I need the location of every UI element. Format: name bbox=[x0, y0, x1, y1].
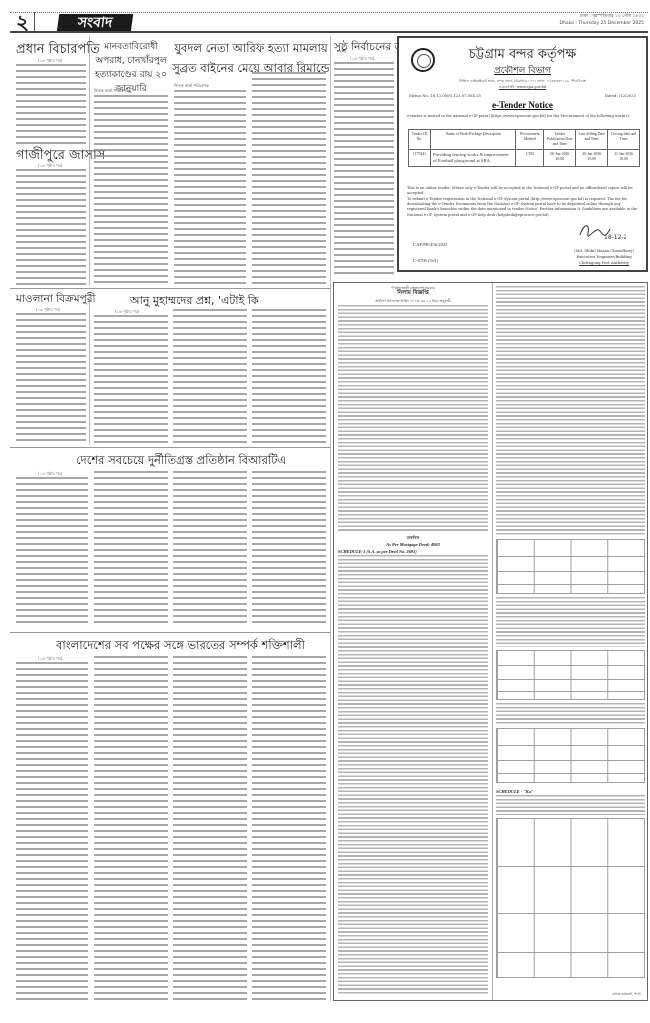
tender-intro: e-tender is invited in the national e-GP… bbox=[407, 114, 638, 120]
article-body bbox=[16, 313, 86, 443]
article-body bbox=[16, 477, 88, 627]
tender-publication-date: 06-Jan-2026 10:00 bbox=[544, 150, 576, 167]
col-header: Tender ID No. bbox=[409, 130, 431, 150]
officer-org: Chittagong Port Authority bbox=[574, 260, 634, 266]
ad-mortgage-heading: As Per Mortgage Deed: 4983 bbox=[338, 542, 488, 547]
tender-paragraph-2: To submit e-Tender registration in the N… bbox=[407, 197, 638, 218]
tender-table-header: Tender ID No. Name of Work/Package Descr… bbox=[409, 130, 640, 150]
tender-reference-1: CAP/PR/456/2025 bbox=[413, 242, 447, 247]
tender-memo-no: Memo No. 18.13.0000.123.07.004.25 bbox=[409, 93, 481, 98]
tender-notice-ad: চট্টগ্রাম বন্দর কর্তৃপক্ষ প্রকৌশল বিভাগ … bbox=[397, 36, 648, 272]
ad-schedule-text bbox=[338, 555, 488, 995]
tender-reference-2: C-0700 (5x3) bbox=[413, 258, 438, 263]
date-english: Dhaka : Thursday 25 December 2025 bbox=[560, 20, 644, 27]
tender-officer: (Md. Shiful Hasan Chowdhury) Executive E… bbox=[574, 248, 634, 266]
article-body bbox=[173, 309, 247, 443]
tender-dept-name: প্রকৌশল বিভাগ bbox=[399, 63, 646, 78]
tender-notice-title: e-Tender Notice bbox=[399, 100, 646, 110]
ad-schedule-text bbox=[496, 795, 645, 815]
tender-method: LTM bbox=[516, 150, 544, 167]
masthead-dotted-rule bbox=[10, 12, 648, 13]
dateline: ঢাকা : বৃহস্পতিবার ১০ পৌষ ১৪৩২ Dhaka : T… bbox=[560, 13, 644, 27]
ad-schedule-text bbox=[496, 597, 645, 647]
headline-brta-most-corrupt: দেশের সবচেয়ে দুর্নীতিগ্রস্ত প্রতিষ্ঠান … bbox=[76, 452, 286, 471]
ad-footer: ব্যাংক কর্মকর্তা, শাখা bbox=[612, 991, 641, 998]
col-header: Closing date and Time bbox=[608, 130, 640, 150]
ad-schedule-text bbox=[496, 703, 645, 725]
article-body bbox=[16, 64, 86, 144]
land-table bbox=[496, 818, 645, 978]
tender-last-selling-date: 20-Jan-2026 15:00 bbox=[576, 150, 608, 167]
ad-schedule-label: তফসিল bbox=[338, 535, 488, 542]
ad-title: নিলাম বিজ্ঞপ্তি bbox=[338, 290, 488, 298]
date-bangla: ঢাকা : বৃহস্পতিবার ১০ পৌষ ১৪৩২ bbox=[560, 13, 644, 20]
section-rule bbox=[10, 632, 330, 633]
auction-notice-ad: গণপ্রজাতন্ত্রী বাংলাদেশ সরকার নিলাম বিজ্… bbox=[333, 282, 648, 1001]
tender-table: Tender ID No. Name of Work/Package Descr… bbox=[408, 129, 640, 167]
land-table bbox=[496, 728, 645, 783]
article-body bbox=[252, 72, 326, 285]
headline-india-relations: বাংলাদেশের সব পক্ষের সঙ্গে ভারতের সম্পর্… bbox=[56, 637, 305, 656]
article-body bbox=[94, 471, 168, 627]
section-rule bbox=[10, 447, 330, 448]
article-body bbox=[174, 90, 246, 285]
newspaper-logo: সংবাদ bbox=[57, 14, 134, 32]
article-body bbox=[173, 656, 247, 1002]
article-body bbox=[252, 309, 326, 443]
col-header: Last Selling Date and Time bbox=[576, 130, 608, 150]
article-body bbox=[252, 656, 326, 1002]
col-header: Procurement Method bbox=[516, 130, 544, 150]
ad-schedule-ka: SCHEDULE - "Ka" bbox=[496, 789, 533, 794]
ad-column-divider bbox=[492, 283, 493, 1000]
ad-schedule-1: SCHEDULE-1 (S.A. as per Deed No. 2691) bbox=[338, 549, 417, 554]
page-number-divider bbox=[34, 12, 35, 32]
article-body bbox=[94, 95, 168, 285]
tender-paragraph-1: This is an online tender. Where only e-T… bbox=[407, 186, 638, 196]
masthead-rule bbox=[10, 31, 648, 33]
signature-date: 18-12-25 bbox=[604, 234, 626, 241]
article-body bbox=[16, 662, 88, 1002]
tender-id: 1179441 bbox=[409, 150, 431, 167]
col-header: Tender Publication Date and Time bbox=[544, 130, 576, 150]
article-body bbox=[252, 471, 326, 627]
land-table bbox=[496, 539, 645, 594]
page-number: ২ bbox=[16, 12, 29, 32]
column-divider bbox=[330, 36, 331, 1001]
article-body bbox=[334, 62, 394, 277]
tender-dated: Dated: /12/2025 bbox=[605, 93, 636, 98]
tender-website: ওয়েবসাইট: www.cpa.gov.bd bbox=[399, 84, 646, 90]
signature-icon: 18-12-25 bbox=[576, 221, 626, 241]
article-body bbox=[94, 315, 168, 443]
col-header: Name of Work/Package Description bbox=[430, 130, 515, 150]
ad-schedule-text bbox=[496, 286, 645, 536]
tender-description: Providing fencing works & improvement of… bbox=[430, 150, 515, 167]
article-body bbox=[16, 169, 86, 287]
land-table bbox=[496, 650, 645, 700]
section-rule bbox=[10, 288, 330, 289]
masthead: ২ সংবাদ ঢাকা : বৃহস্পতিবার ১০ পৌষ ১৪৩২ D… bbox=[0, 0, 650, 34]
byline: নিজস্ব বার্তা পরিবেশক bbox=[94, 88, 129, 95]
byline: নিজস্ব বার্তা পরিবেশক bbox=[174, 83, 209, 90]
ad-body-text bbox=[338, 305, 488, 533]
column-divider bbox=[89, 300, 90, 445]
tender-closing-date: 21-Jan-2026 10:00 bbox=[608, 150, 640, 167]
article-body bbox=[94, 656, 168, 1002]
ad-subtitle: অর্থঋণ আদালত আইন ২০০৩ এর ১২ ধারা অনুযায়… bbox=[338, 298, 488, 305]
tender-address: সিভিল ডাইরেক্টরেট ভবন, বন্দর ভবন, চট্টগ্… bbox=[399, 78, 646, 90]
article-body bbox=[173, 471, 247, 627]
tender-table-row: 1179441 Providing fencing works & improv… bbox=[409, 150, 640, 167]
